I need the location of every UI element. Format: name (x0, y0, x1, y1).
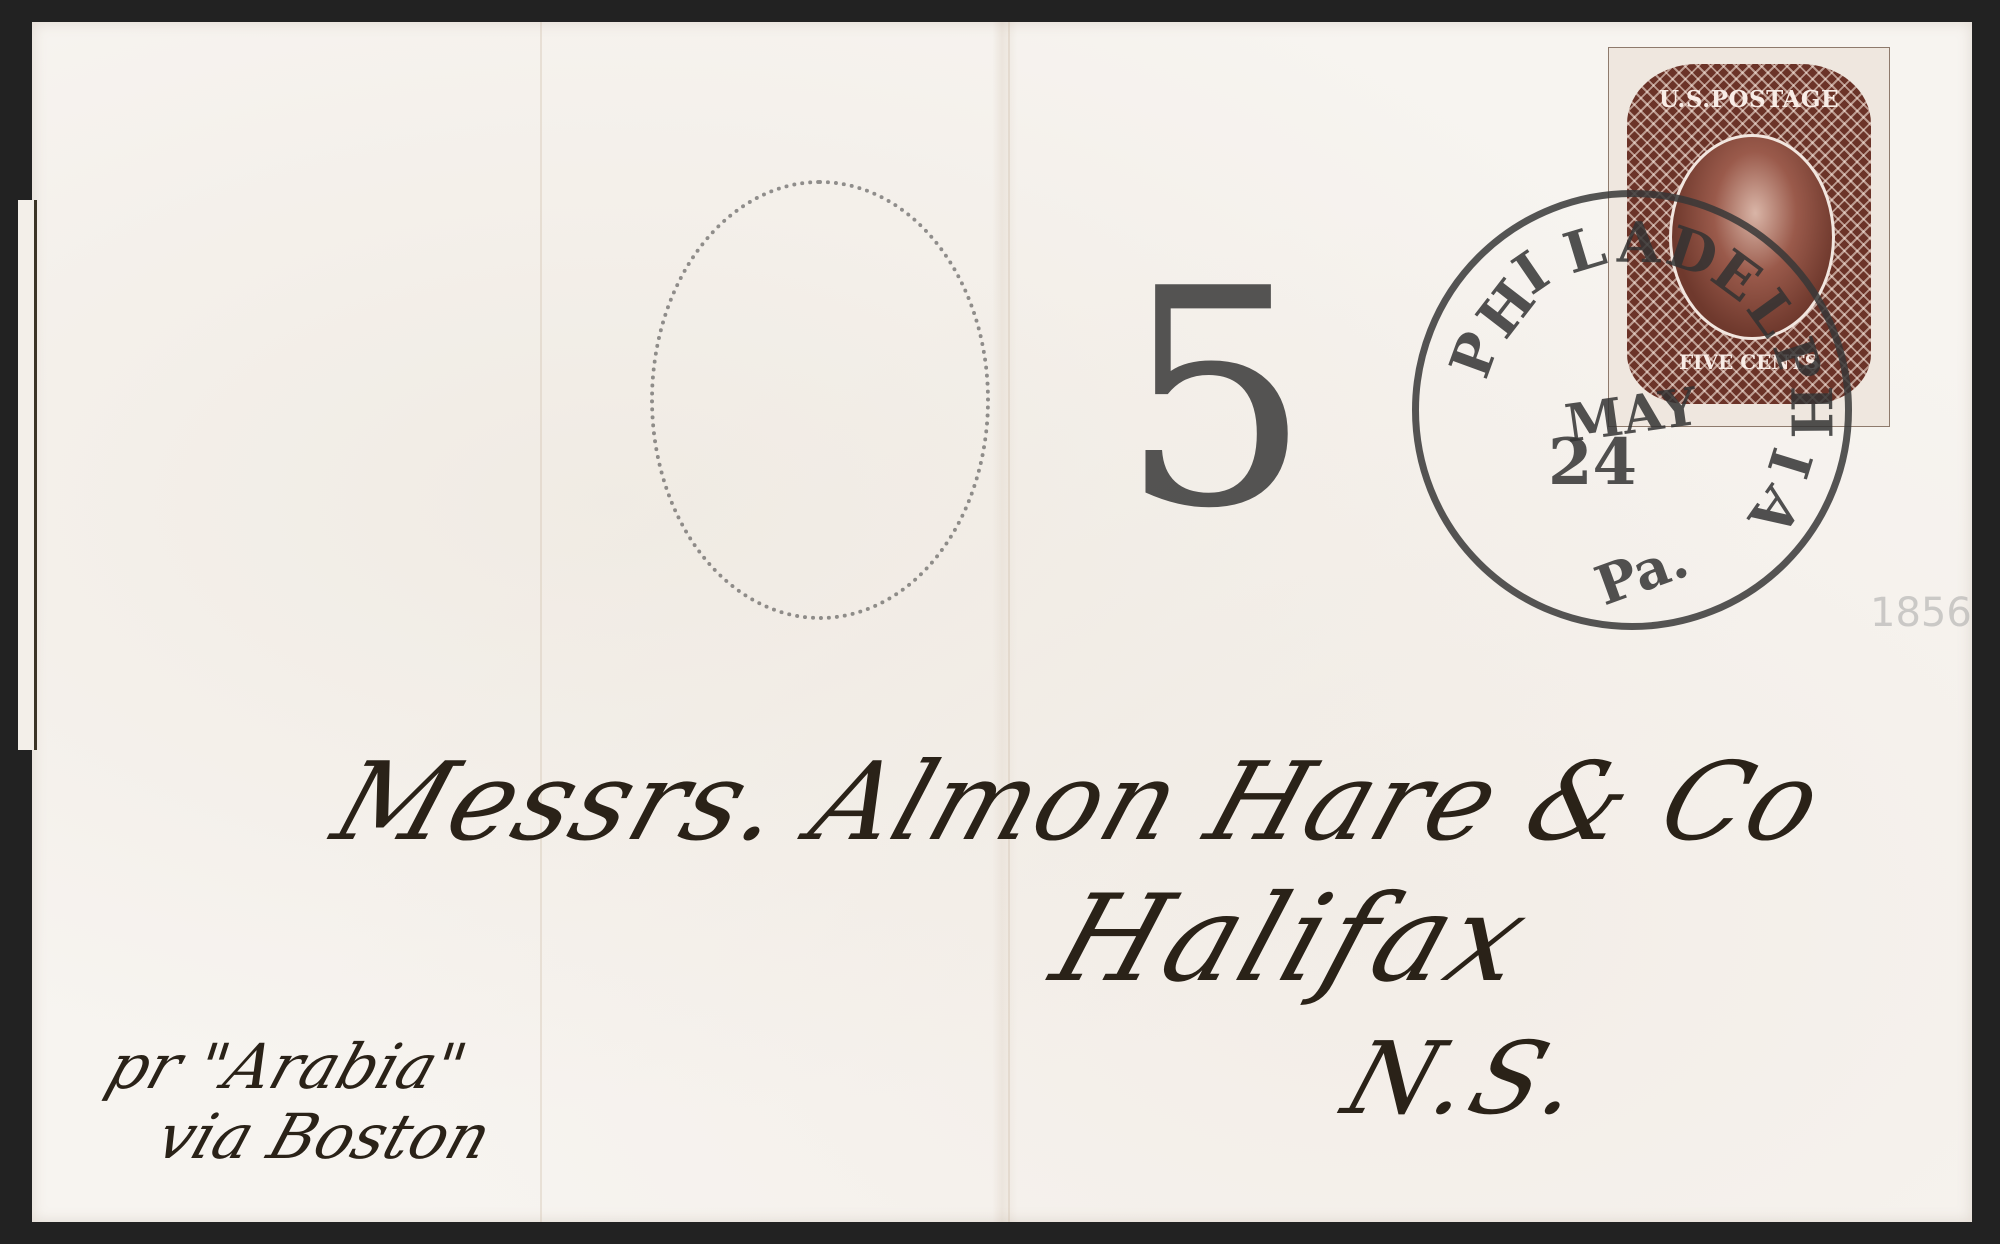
fold-crease (540, 22, 542, 1222)
address-line-1: Messrs. Almon Hare & Co (320, 740, 1838, 865)
cds-city-letter: H (1777, 385, 1843, 438)
address-line-2: Halifax (1037, 870, 1547, 1009)
routing-endorsement-line-1: pr "Arabia" (98, 1030, 476, 1103)
address-line-3: N.S. (1331, 1020, 1603, 1137)
faint-circular-postmark (650, 180, 990, 620)
folded-flap (18, 200, 37, 750)
pencil-year-note: 1856 (1870, 590, 1972, 636)
rate-marking: 5 (1120, 250, 1311, 550)
fold-crease (1008, 22, 1010, 1222)
cds-day: 24 (1548, 425, 1637, 500)
stamp-top-label: U.S.POSTAGE (1627, 86, 1871, 113)
routing-endorsement-line-2: via Boston (148, 1100, 500, 1173)
cds-city-letter: A (1616, 210, 1660, 277)
